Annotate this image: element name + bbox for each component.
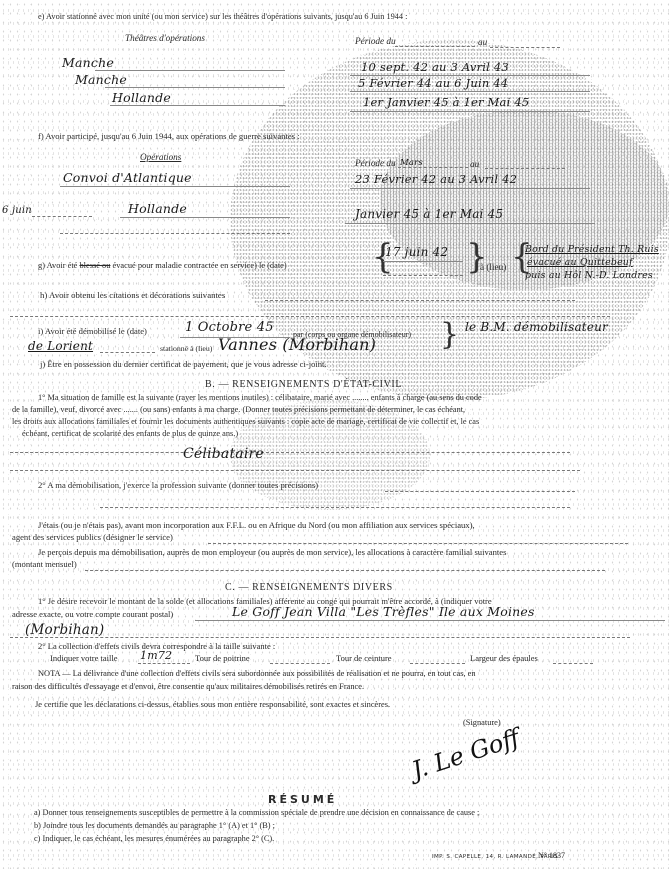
col-au-label: au	[478, 37, 487, 48]
poitrine-label: Tour de poitrine	[195, 654, 250, 664]
operation-2: Hollande	[128, 201, 187, 216]
epaules-label: Largeur des épaules	[470, 654, 538, 664]
section-c-heading: C. — RENSEIGNEMENTS DIVERS	[225, 582, 393, 593]
period-annot-1: Mars	[400, 158, 423, 168]
struck-text: blessé ou	[79, 261, 110, 270]
taille-value: 1m72	[140, 649, 172, 662]
col-operations-label: Opérations	[140, 152, 181, 163]
operation-period-1: 23 Février 42 au 3 Avril 42	[355, 172, 517, 186]
demob-lieu: Vannes (Morbihan)	[218, 335, 376, 354]
margin-note: 6 juin	[2, 205, 32, 216]
period-3: 1er Janvier 45 à 1er Mai 45	[363, 95, 529, 109]
address-value: Le Goff Jean Villa "Les Trèfles" Ile aux…	[232, 604, 535, 619]
theatre-2: Manche	[75, 72, 127, 87]
taille-label: Indiquer votre taille	[50, 654, 118, 664]
signature: J. Le Goff	[408, 723, 523, 784]
evac-date: 17 juin 42	[385, 245, 448, 259]
family-line-1: 1° Ma situation de famille est la suivan…	[38, 393, 482, 403]
section-b-heading: B. — RENSEIGNEMENTS D'ÉTAT-CIVIL	[205, 379, 402, 390]
demob-date: 1 Octobre 45	[185, 320, 274, 335]
organe-value: le B.M. démobilisateur	[465, 320, 608, 334]
section-h-text: h) Avoir obtenu les citations et décorat…	[40, 290, 225, 300]
form-number: N° 1837	[538, 851, 565, 860]
certify-text: Je certifie que les déclarations ci-dess…	[35, 700, 390, 710]
resume-item-c: c) Indiquer, le cas échéant, les mesures…	[34, 834, 274, 844]
evac-lieu-3: puis au Hôl N.-D. Londres	[525, 270, 653, 281]
evac-lieu-2: évacué au Quittebeuf	[527, 257, 633, 268]
brace-organe: }	[440, 320, 459, 350]
operation-period-2: Janvier 45 à 1er Mai 45	[355, 207, 503, 221]
organe-value-2: de Lorient	[28, 339, 93, 353]
col-periode-label: Période du	[355, 158, 396, 169]
section-e-text: e) Avoir stationné avec mon unité (ou mo…	[38, 12, 407, 22]
resume-heading: RÉSUMÉ	[268, 793, 337, 806]
section-i-text: i) Avoir été démobilisé le (date)	[38, 327, 147, 337]
evac-lieu-1: Bord du Président Th. Ruis	[525, 244, 659, 255]
period-2: 5 Février 44 au 6 Juin 44	[358, 76, 508, 90]
signature-label: (Signature)	[463, 718, 501, 728]
nota-line-2: raison des difficultés d'essayage et d'e…	[12, 682, 364, 692]
col-au-label: au	[470, 159, 479, 170]
theatre-1: Manche	[62, 55, 114, 70]
stationne-label: stationné à (lieu)	[160, 345, 212, 354]
ffl-line-1: J'étais (ou je n'étais pas), avant mon i…	[38, 521, 475, 531]
period-1: 10 sept. 42 au 3 Avril 43	[361, 60, 509, 74]
resume-item-b: b) Joindre tous les documents demandés a…	[34, 821, 275, 831]
ceinture-label: Tour de ceinture	[336, 654, 392, 664]
lieu-label: à (lieu)	[480, 262, 506, 273]
family-line-3: les droits aux allocations familiales et…	[12, 417, 479, 427]
theatre-3: Hollande	[112, 90, 171, 105]
family-line-2: de la famille), veuf, divorcé avec .....…	[12, 405, 465, 415]
resume-item-a: a) Donner tous renseignements susceptibl…	[34, 808, 479, 818]
operation-1: Convoi d'Atlantique	[63, 170, 192, 185]
allocations-line-2: (montant mensuel)	[12, 560, 77, 570]
section-g-text: g) Avoir été blessé ou évacué pour malad…	[38, 261, 287, 271]
situation-value: Célibataire	[183, 446, 264, 462]
col-theatres-label: Théâtres d'opérations	[125, 33, 205, 44]
section-f-text: f) Avoir participé, jusqu'au 6 Juin 1944…	[38, 132, 300, 142]
solde-line-2: adresse exacte, ou votre compte courant …	[12, 610, 173, 620]
ffl-line-2: agent des services publics (désigner le …	[12, 533, 173, 543]
nota-line-1: NOTA — La délivrance d'une collection d'…	[38, 669, 476, 679]
family-line-4: échéant, certificat de scolarité des enf…	[22, 429, 238, 439]
allocations-line-1: Je perçois depuis ma démobilisation, aup…	[38, 548, 506, 558]
address-value-2: (Morbihan)	[25, 622, 104, 638]
profession-text: 2° A ma démobilisation, j'exerce la prof…	[38, 481, 318, 491]
section-j-text: j) Être en possession du dernier certifi…	[40, 360, 327, 370]
col-periode-label: Période du	[355, 36, 396, 47]
